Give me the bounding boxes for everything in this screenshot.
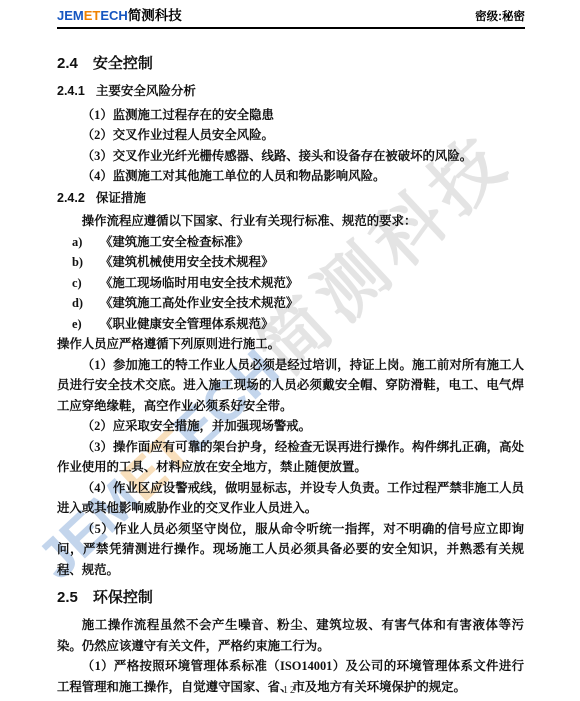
logo-cjk-text: 简测科技 [128,4,182,24]
standard-reference-item: e)《职业健康安全管理体系规范》 [57,314,524,335]
reference-marker: d) [72,293,100,314]
paragraph: （5）作业人员必须坚守岗位，服从命令听统一指挥，对不明确的信号应立即询问，严禁凭… [57,519,524,581]
reference-marker: c) [72,273,100,294]
standard-reference-item: a)《建筑施工安全检查标准》 [57,232,524,253]
standard-reference-item: d)《建筑施工高处作业安全技术规范》 [57,293,524,314]
section-heading-2.4.1: 2.4.1主要安全风险分析 [57,81,524,102]
reference-title: 《建筑施工高处作业安全技术规范》 [100,296,298,310]
section-heading-2.4.2: 2.4.2保证措施 [57,188,524,209]
reference-title: 《职业健康安全管理体系规范》 [100,317,273,331]
standard-reference-item: b)《建筑机械使用安全技术规程》 [57,252,524,273]
heading-number: 2.5 [57,589,78,606]
risk-list-item: （3）交叉作业光纤光栅传感器、线路、接头和设备存在被破坏的风险。 [57,146,524,167]
document-body: 2.4安全控制2.4.1主要安全风险分析（1）监测施工过程存在的安全隐患（2）交… [57,46,524,697]
document-page: JEMETECH简测科技 JEMETECH简测科技 密级:秘密 2.4安全控制2… [0,0,580,701]
reference-marker: a) [72,232,100,253]
paragraph: 操作流程应遵循以下国家、行业有关现行标准、规范的要求： [57,211,524,232]
paragraph: （4）作业区应设警戒线，做明显标志，并设专人负责。工作过程严禁非施工人员进入或其… [57,478,524,519]
section-heading-2.5: 2.5环保控制 [57,587,524,609]
page-number: - 12 - [0,685,580,696]
heading-title: 安全控制 [93,55,153,72]
reference-marker: b) [72,252,100,273]
heading-number: 2.4 [57,55,78,72]
paragraph: （3）操作面应有可靠的架台护身，经检查无误再进行操作。构件绑扎正确，高处作业使用… [57,437,524,478]
heading-title: 主要安全风险分析 [96,84,196,98]
reference-title: 《建筑施工安全检查标准》 [100,235,249,249]
heading-title: 保证措施 [96,191,146,205]
heading-title: 环保控制 [93,589,153,606]
reference-title: 《建筑机械使用安全技术规程》 [100,255,273,269]
standard-reference-item: c)《施工现场临时用电安全技术规范》 [57,273,524,294]
logo-letter-group: ECH [100,8,127,23]
paragraph: 施工操作流程虽然不会产生噪音、粉尘、建筑垃圾、有害气体和有害液体等污染。仍然应该… [57,615,524,656]
heading-number: 2.4.2 [57,191,85,205]
reference-marker: e) [72,314,100,335]
risk-list-item: （4）监测施工对其他施工单位的人员和物品影响风险。 [57,166,524,187]
risk-list-item: （2）交叉作业过程人员安全风险。 [57,125,524,146]
logo-letter-group: ET [84,8,101,23]
heading-number: 2.4.1 [57,84,85,98]
risk-list-item: （1）监测施工过程存在的安全隐患 [57,105,524,126]
paragraph: （1）参加施工的特工作业人员必须是经过培训，持证上岗。施工前对所有施工人员进行安… [57,355,524,417]
classification-label: 密级:秘密 [475,8,525,24]
logo-letter-group: JEM [57,8,84,23]
reference-title: 《施工现场临时用电安全技术规范》 [100,276,298,290]
logo-latin-text: JEMETECH [57,8,128,23]
section-heading-2.4: 2.4安全控制 [57,53,524,75]
paragraph: （2）应采取安全措施，并加强现场警戒。 [57,416,524,437]
paragraph: 操作人员应严格遵循下列原则进行施工。 [57,334,524,355]
company-logo: JEMETECH简测科技 [57,4,182,24]
page-header: JEMETECH简测科技 密级:秘密 [57,0,525,29]
